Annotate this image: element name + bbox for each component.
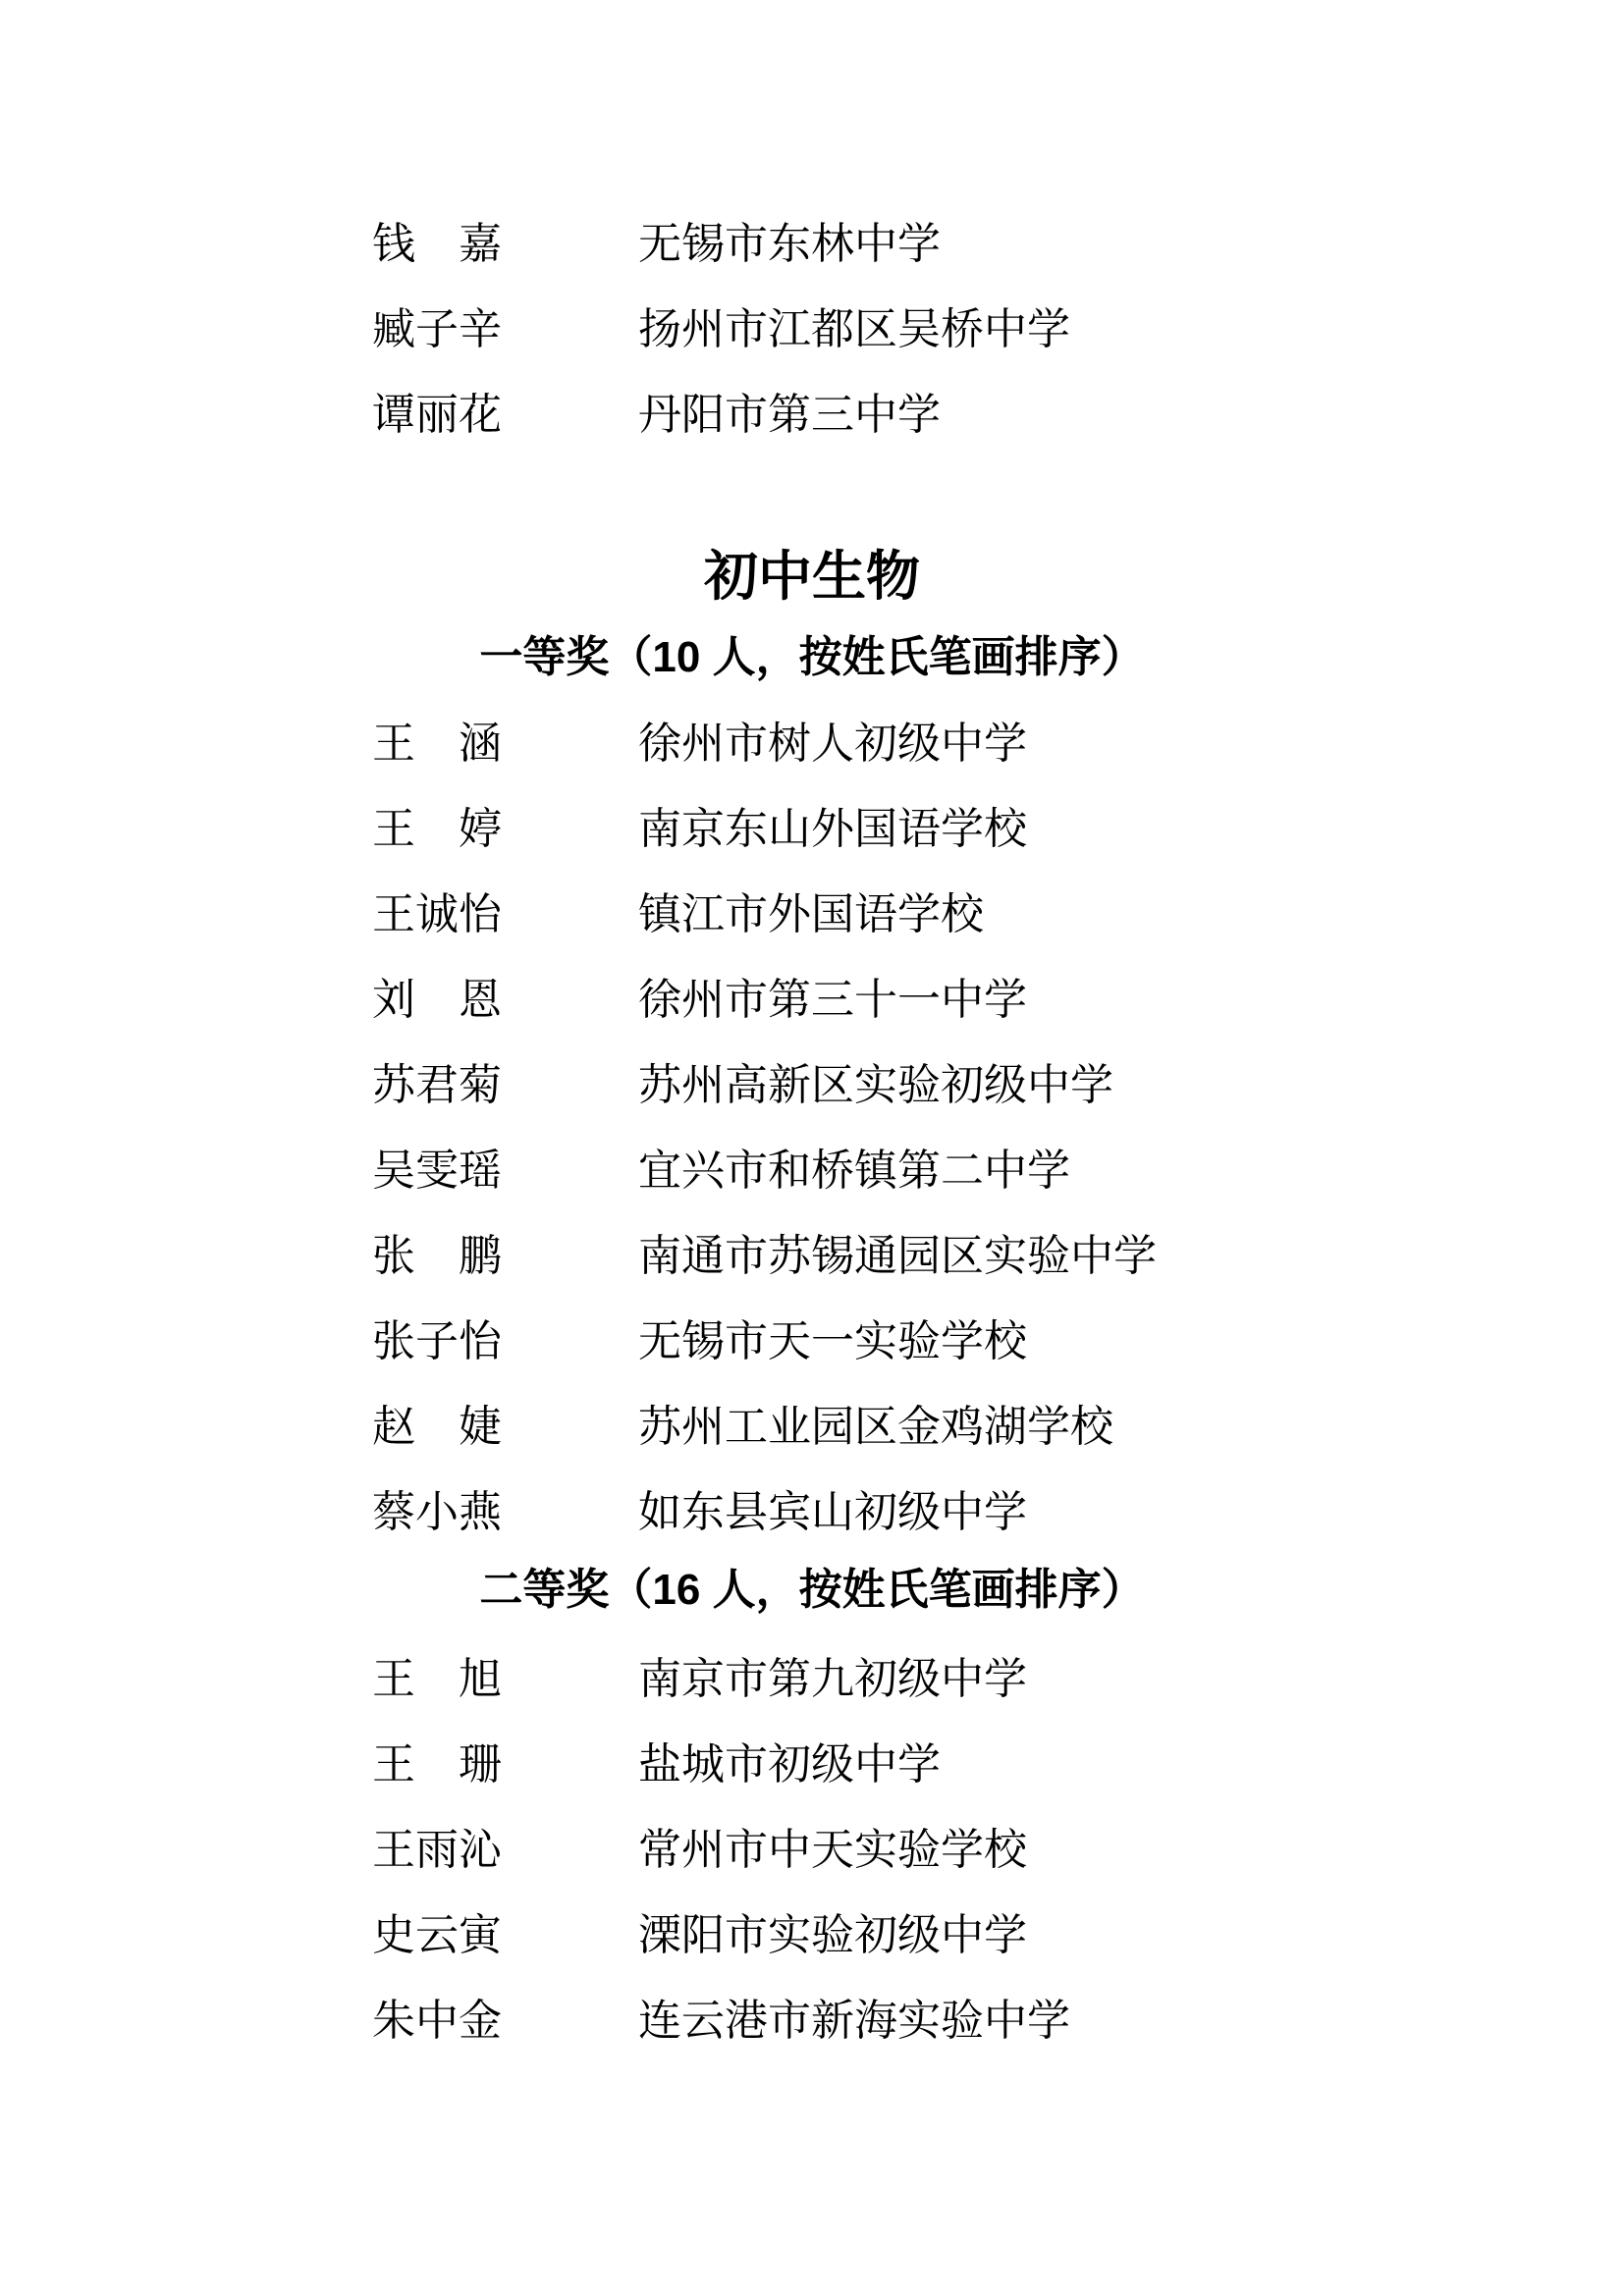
winner-school: 盐城市初级中学 [638, 1743, 941, 1787]
first-prize-heading: 一等奖（10 人，按姓氏笔画排序） [0, 628, 1624, 687]
winner-school: 无锡市东林中学 [638, 223, 941, 266]
winner-school: 徐州市树人初级中学 [638, 722, 1027, 766]
winner-name: 吴雯瑶 [372, 1149, 502, 1193]
winner-school: 扬州市江都区吴桥中学 [638, 308, 1070, 351]
award-entry-row: 蔡小燕如东县宾山初级中学 [372, 1469, 1157, 1555]
winner-name: 蔡小燕 [372, 1491, 502, 1534]
award-entry-row: 张 鹏南通市苏锡通园区实验中学 [372, 1213, 1157, 1299]
award-entry-row: 王 婷南京东山外国语学校 [372, 786, 1157, 872]
winner-name: 朱中金 [372, 2000, 502, 2043]
award-entry-row: 吴雯瑶宜兴市和桥镇第二中学 [372, 1128, 1157, 1213]
award-entry-row: 王雨沁常州市中天实验学校 [372, 1807, 1070, 1893]
award-entry-row: 张子怡无锡市天一实验学校 [372, 1299, 1157, 1384]
winner-name: 王诚怡 [372, 893, 502, 936]
section-title: 初中生物 [0, 542, 1624, 611]
winner-name: 张 鹏 [372, 1235, 502, 1278]
award-entry-row: 苏君菊苏州高新区实验初级中学 [372, 1042, 1157, 1128]
winner-name: 王 涵 [372, 722, 502, 766]
winner-school: 南通市苏锡通园区实验中学 [638, 1235, 1157, 1278]
award-entry-row: 赵 婕苏州工业园区金鸡湖学校 [372, 1384, 1157, 1469]
document-page: 钱 嘉无锡市东林中学臧子辛扬州市江都区吴桥中学谭丽花丹阳市第三中学 初中生物 一… [0, 0, 1624, 2296]
winner-name: 臧子辛 [372, 308, 502, 351]
award-entry-row: 刘 恩徐州市第三十一中学 [372, 957, 1157, 1042]
winner-name: 王雨沁 [372, 1829, 502, 1872]
winner-school: 宜兴市和桥镇第二中学 [638, 1149, 1070, 1193]
second-prize-entry-list: 王 旭南京市第九初级中学王 珊盐城市初级中学王雨沁常州市中天实验学校史云寅溧阳市… [372, 1636, 1070, 2063]
second-prize-heading: 二等奖（16 人，按姓氏笔画排序） [0, 1561, 1624, 1620]
winner-school: 连云港市新海实验中学 [638, 2000, 1070, 2043]
winner-name: 钱 嘉 [372, 223, 502, 266]
winner-school: 常州市中天实验学校 [638, 1829, 1027, 1872]
award-entry-row: 王 珊盐城市初级中学 [372, 1722, 1070, 1807]
winner-name: 苏君菊 [372, 1064, 502, 1107]
award-entry-row: 王 涵徐州市树人初级中学 [372, 701, 1157, 786]
winner-school: 徐州市第三十一中学 [638, 979, 1027, 1022]
winner-school: 苏州工业园区金鸡湖学校 [638, 1406, 1113, 1449]
winner-school: 溧阳市实验初级中学 [638, 1914, 1027, 1957]
winner-name: 史云寅 [372, 1914, 502, 1957]
award-entry-row: 史云寅溧阳市实验初级中学 [372, 1893, 1070, 1978]
winner-name: 王 旭 [372, 1658, 502, 1701]
winner-name: 王 婷 [372, 808, 502, 851]
award-entry-row: 王 旭南京市第九初级中学 [372, 1636, 1070, 1722]
winner-name: 谭丽花 [372, 394, 502, 437]
winner-school: 无锡市天一实验学校 [638, 1320, 1027, 1363]
winner-name: 王 珊 [372, 1743, 502, 1787]
award-entry-row: 钱 嘉无锡市东林中学 [372, 201, 1070, 287]
award-entry-row: 谭丽花丹阳市第三中学 [372, 372, 1070, 457]
award-entry-row: 王诚怡镇江市外国语学校 [372, 872, 1157, 957]
award-entry-row: 臧子辛扬州市江都区吴桥中学 [372, 287, 1070, 372]
winner-school: 南京市第九初级中学 [638, 1658, 1027, 1701]
winner-school: 南京东山外国语学校 [638, 808, 1027, 851]
continued-entry-list: 钱 嘉无锡市东林中学臧子辛扬州市江都区吴桥中学谭丽花丹阳市第三中学 [372, 201, 1070, 457]
first-prize-entry-list: 王 涵徐州市树人初级中学王 婷南京东山外国语学校王诚怡镇江市外国语学校刘 恩徐州… [372, 701, 1157, 1555]
winner-name: 张子怡 [372, 1320, 502, 1363]
winner-name: 刘 恩 [372, 979, 502, 1022]
winner-name: 赵 婕 [372, 1406, 502, 1449]
winner-school: 丹阳市第三中学 [638, 394, 941, 437]
winner-school: 镇江市外国语学校 [638, 893, 984, 936]
winner-school: 苏州高新区实验初级中学 [638, 1064, 1113, 1107]
winner-school: 如东县宾山初级中学 [638, 1491, 1027, 1534]
award-entry-row: 朱中金连云港市新海实验中学 [372, 1978, 1070, 2063]
